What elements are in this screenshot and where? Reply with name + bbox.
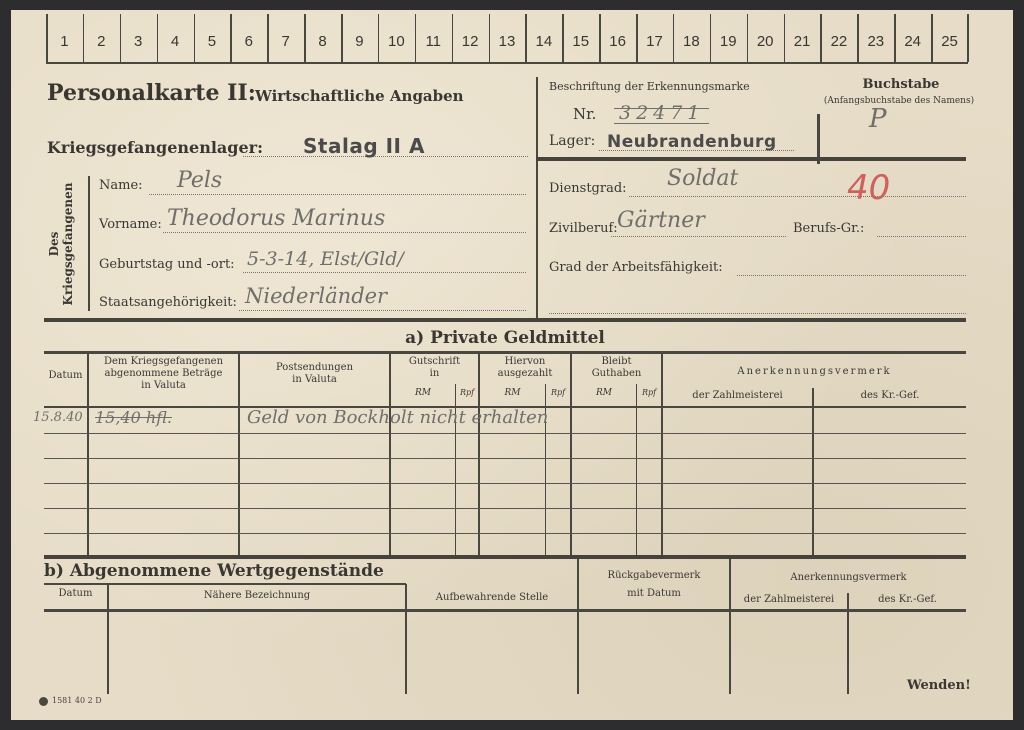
printer-emblem-icon — [39, 697, 48, 706]
side-label-2: Kriegsgefangenen — [61, 174, 75, 314]
a-row1-betrag: 15,40 hfl. — [95, 408, 172, 427]
a-col-gutschrift: Gutschrift in — [391, 356, 478, 380]
tag-heading: Beschriftung der Erkennungsmarke — [549, 80, 750, 93]
a-col-datum: Datum — [44, 370, 87, 382]
ruler-number: 6 — [230, 16, 267, 54]
print-code: 1581 40 2 D — [39, 696, 102, 706]
personnel-card: 1234567891011121314151617181920212223242… — [11, 10, 1013, 720]
section-b-title: b) Abgenommene Wertgegenstände — [44, 561, 384, 581]
job-value: Gärtner — [617, 208, 705, 233]
tag-nr-label: Nr. — [573, 105, 596, 123]
vorname-label: Vorname: — [99, 217, 162, 232]
ruler-number: 21 — [784, 16, 821, 54]
a-row1-post: Geld von Bockholt nicht erhalten — [247, 407, 548, 428]
a-hier-rpf: Rpf — [546, 387, 570, 399]
b-col-bezeichnung: Nähere Bezeichnung — [109, 590, 405, 602]
ruler-number: 3 — [120, 16, 157, 54]
a-gut-rm: RM — [391, 387, 455, 399]
a-bleibt-rm: RM — [572, 387, 636, 399]
a-bleibt-rpf: Rpf — [637, 387, 661, 399]
ruler-number: 1 — [46, 16, 83, 54]
section-a-title: a) Private Geldmittel — [44, 328, 966, 348]
ruler-number: 12 — [452, 16, 489, 54]
b-col-rueckgabe: Rückgabevermerk mit Datum — [579, 570, 729, 600]
a-col-post: Postsendungen in Valuta — [240, 362, 389, 386]
ruler-number: 8 — [304, 16, 341, 54]
a-gut-rpf: Rpf — [456, 387, 478, 399]
tag-lager-label: Lager: — [549, 133, 595, 149]
ruler-number: 16 — [599, 16, 636, 54]
a-col-zahlmeisterei: der Zahlmeisterei — [663, 390, 812, 402]
side-label: Des Kriegsgefangenen — [41, 175, 81, 315]
rank-label: Dienstgrad: — [549, 181, 627, 196]
birth-label: Geburtstag und -ort: — [99, 257, 235, 272]
name-label: Name: — [99, 178, 143, 193]
ruler-number: 9 — [341, 16, 378, 54]
ruler-number: 18 — [673, 16, 710, 54]
letter-value: P — [869, 104, 887, 134]
b-col-zahlmeisterei: der Zahlmeisterei — [731, 594, 847, 606]
ruler-number: 5 — [194, 16, 231, 54]
ruler-number: 17 — [636, 16, 673, 54]
side-label-1: Des — [47, 174, 61, 314]
ruler-number: 23 — [857, 16, 894, 54]
job-label: Zivilberuf: — [549, 221, 618, 236]
a-col-bleibt: Bleibt Guthaben — [572, 356, 661, 380]
a-hier-rm: RM — [480, 387, 545, 399]
ruler-number: 19 — [710, 16, 747, 54]
b-col-anerkennung: Anerkennungsvermerk — [731, 572, 966, 584]
b-col-stelle: Aufbewahrende Stelle — [407, 592, 577, 604]
camp-value: Stalag II A — [303, 134, 425, 158]
name-value: Pels — [177, 168, 222, 193]
ruler-number: 7 — [267, 16, 304, 54]
turn-over-note: Wenden! — [907, 678, 971, 693]
rank-red-mark: 40 — [847, 168, 890, 208]
camp-label: Kriegsgefangenenlager: — [47, 138, 263, 157]
tag-lager-value: Neubrandenburg — [607, 132, 777, 152]
ruler-number: 13 — [489, 16, 526, 54]
a-col-krgef: des Kr.-Gef. — [814, 390, 966, 402]
ruler-divider — [967, 14, 969, 62]
ruler-number: 15 — [562, 16, 599, 54]
card-subtitle: Wirtschaftliche Angaben — [255, 87, 464, 105]
ruler-number: 11 — [415, 16, 452, 54]
jobgroup-label: Berufs-Gr.: — [793, 221, 864, 236]
birth-value: 5-3-14, Elst/Gld/ — [247, 248, 404, 270]
letter-sub: (Anfangsbuchstabe des Namens) — [819, 95, 979, 107]
card-title: Personalkarte II: — [47, 80, 256, 106]
rank-value: Soldat — [667, 166, 738, 191]
a-col-hiervon: Hiervon ausgezahlt — [480, 356, 570, 380]
ruler-number: 20 — [747, 16, 784, 54]
ruler-number: 24 — [894, 16, 931, 54]
ruler-number: 22 — [820, 16, 857, 54]
ruler-number: 25 — [931, 16, 968, 54]
b-col-krgef: des Kr.-Gef. — [849, 594, 966, 606]
number-ruler: 1234567891011121314151617181920212223242… — [46, 10, 968, 65]
b-col-datum: Datum — [44, 588, 107, 600]
ruler-number: 14 — [525, 16, 562, 54]
a-col-betraege: Dem Kriegsgefangenen abgenommene Beträge… — [89, 356, 238, 392]
ruler-number: 4 — [157, 16, 194, 54]
a-col-anerkennung: Anerkennungsvermerk — [663, 366, 966, 378]
tag-nr-value: 32471 — [619, 102, 704, 124]
nationality-label: Staatsangehörigkeit: — [99, 295, 237, 310]
letter-heading: Buchstabe — [831, 77, 971, 92]
vorname-value: Theodorus Marinus — [167, 206, 385, 231]
fitness-label: Grad der Arbeitsfähigkeit: — [549, 260, 723, 275]
ruler-number: 2 — [83, 16, 120, 54]
ruler-number: 10 — [378, 16, 415, 54]
nationality-value: Niederländer — [245, 284, 387, 308]
a-row1-datum: 15.8.40 — [33, 410, 83, 425]
